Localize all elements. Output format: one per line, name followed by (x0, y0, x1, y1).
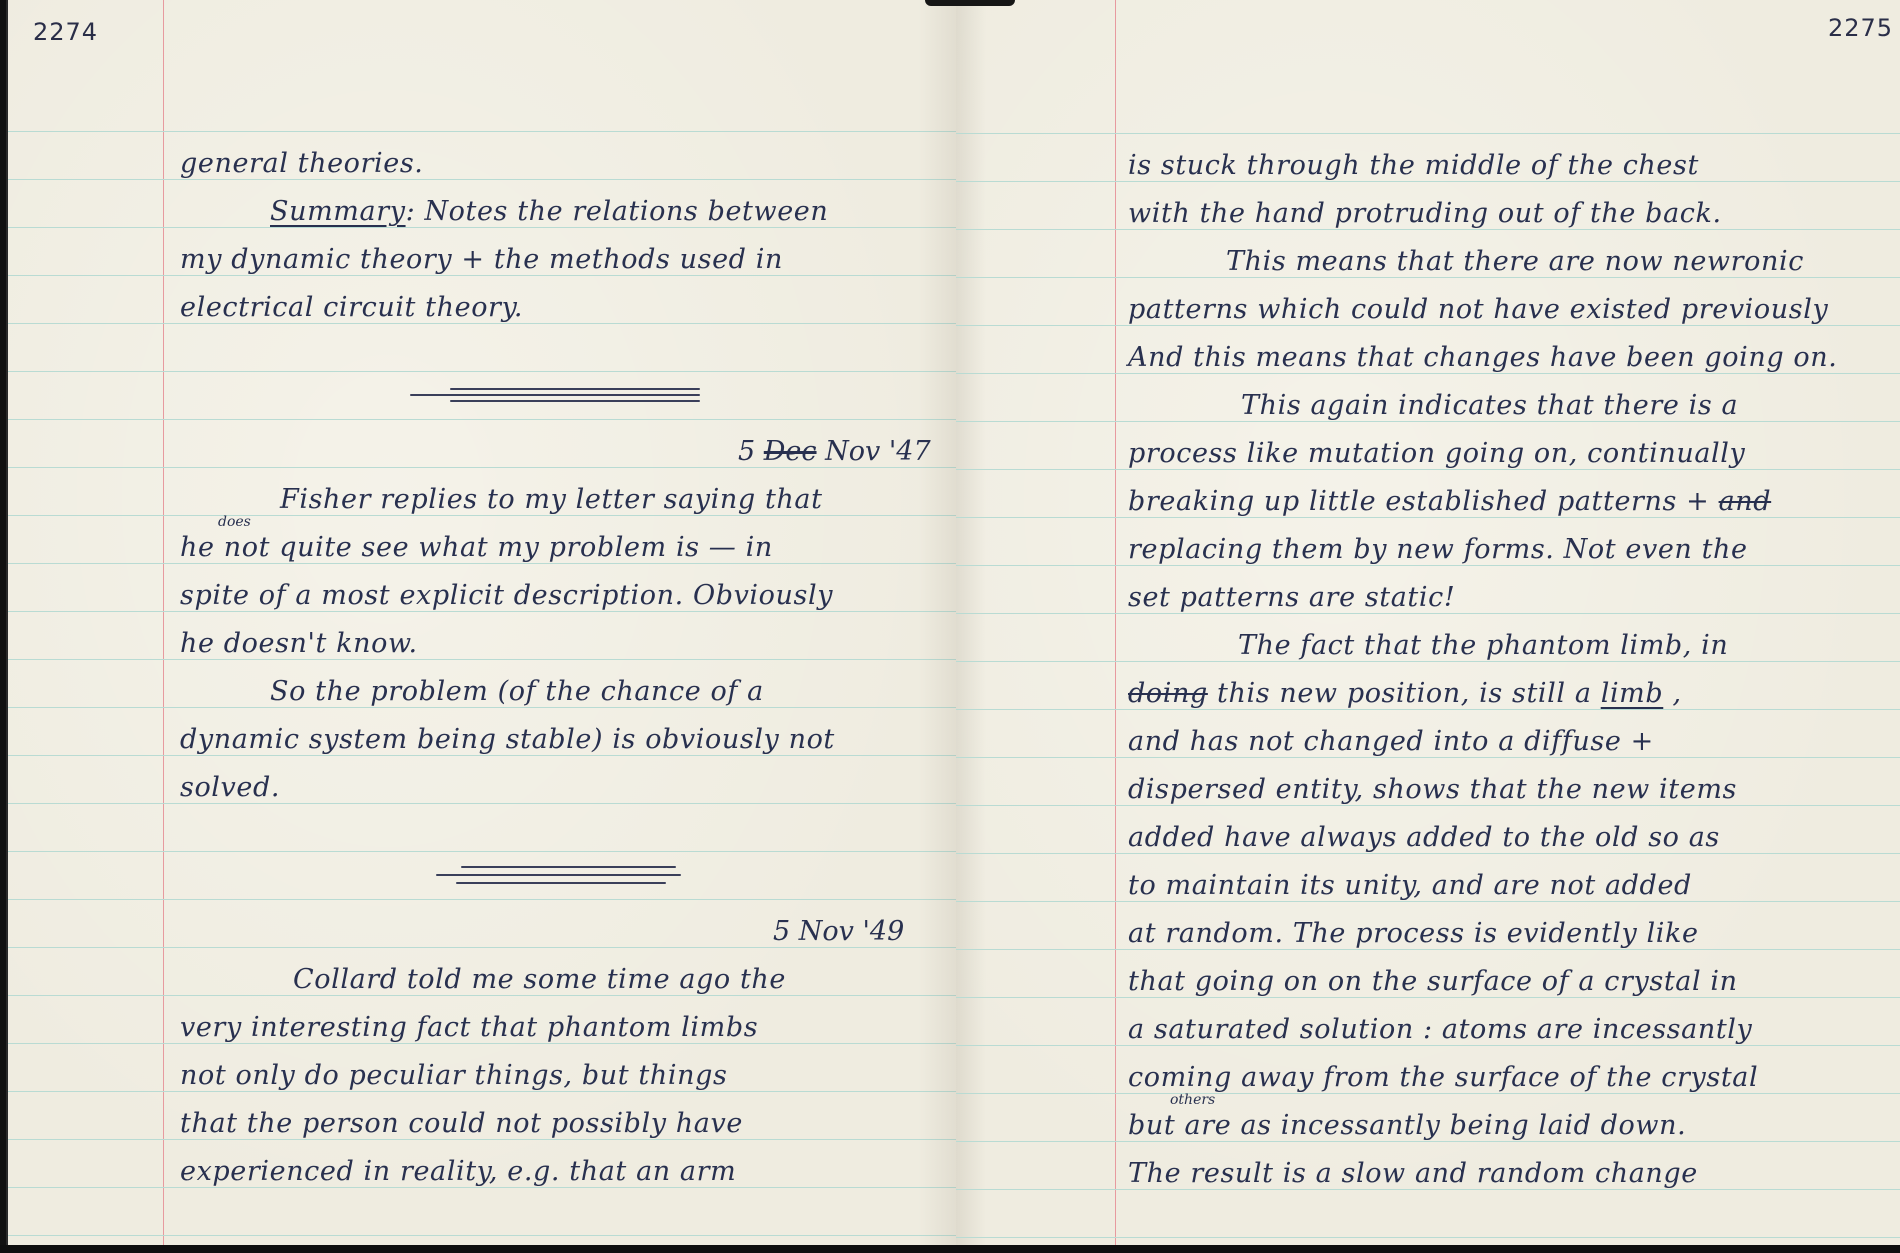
text-line: And this means that changes have been go… (1128, 342, 1837, 373)
ruled-line (8, 563, 958, 564)
left-margin-line (163, 0, 164, 1245)
ruled-line (956, 997, 1900, 998)
text-line: that the person could not possibly have (180, 1108, 743, 1139)
ruled-line (956, 1045, 1900, 1046)
ruled-line (8, 227, 958, 228)
ruled-line (956, 517, 1900, 518)
text-line: that going on on the surface of a crysta… (1128, 966, 1738, 997)
bottom-edge (0, 1245, 1900, 1253)
text-line: replacing them by new forms. Not even th… (1128, 534, 1748, 565)
struck-text: and (1719, 486, 1772, 517)
text-line: he doesn't know. (180, 628, 418, 659)
struck-text: Dec (764, 436, 817, 467)
text-line: not only do peculiar things, but things (180, 1060, 727, 1091)
ruled-line (956, 1237, 1900, 1238)
ruled-line (8, 611, 958, 612)
ruled-line (956, 133, 1900, 134)
ruled-line (8, 1139, 958, 1140)
ruled-line (956, 949, 1900, 950)
ruled-line (956, 373, 1900, 374)
ruled-line (8, 1187, 958, 1188)
ruled-line (8, 1043, 958, 1044)
left-margin-line (1115, 0, 1116, 1245)
text-line: process like mutation going on, continua… (1128, 438, 1745, 469)
text-line: breaking up little established patterns … (1128, 486, 1771, 517)
ruled-line (956, 757, 1900, 758)
text-line: experienced in reality, e.g. that an arm (180, 1156, 736, 1187)
ruled-line (956, 805, 1900, 806)
ruled-line (956, 1189, 1900, 1190)
entry-date: 5 Nov '49 (773, 916, 904, 947)
ruled-line (8, 179, 958, 180)
ruled-line (8, 323, 958, 324)
text-line: dynamic system being stable) is obviousl… (180, 724, 835, 755)
binding-shadow (925, 0, 1015, 6)
ruled-line (956, 661, 1900, 662)
text-line: to maintain its unity, and are not added (1128, 870, 1692, 901)
ruled-line (8, 755, 958, 756)
underlined-word: limb (1601, 678, 1664, 709)
ruled-line (8, 899, 958, 900)
ruled-line (8, 1091, 958, 1092)
left-page: 2274 general theories. Summary: Notes th… (6, 0, 958, 1245)
text-line: set patterns are static! (1128, 582, 1455, 613)
ruled-line (8, 1235, 958, 1236)
page-number: 2275 (1828, 14, 1893, 42)
ruled-line (8, 947, 958, 948)
text-line: spite of a most explicit description. Ob… (180, 580, 833, 611)
ruled-line (956, 325, 1900, 326)
summary-text: : Notes the relations between (406, 196, 829, 227)
text-line: general theories. (180, 148, 423, 179)
page-number: 2274 (33, 18, 98, 46)
text-line: added have always added to the old so as (1128, 822, 1720, 853)
ruled-line (8, 467, 958, 468)
entry-date: 5 Dec Nov '47 (738, 436, 931, 467)
text-line: is stuck through the middle of the chest (1128, 150, 1699, 181)
text-line: but are as incessantly being laid down. (1128, 1110, 1686, 1141)
ruled-line (956, 229, 1900, 230)
ruled-line (956, 1141, 1900, 1142)
text-line: a saturated solution : atoms are incessa… (1128, 1014, 1752, 1045)
ruled-line (8, 275, 958, 276)
text-line: This again indicates that there is a (1241, 390, 1738, 421)
ruled-line (8, 803, 958, 804)
ruled-line (8, 851, 958, 852)
text-line: with the hand protruding out of the back… (1128, 198, 1722, 229)
ruled-line (956, 901, 1900, 902)
ruled-line (956, 1093, 1900, 1094)
ruled-line (8, 371, 958, 372)
text-line: at random. The process is evidently like (1128, 918, 1699, 949)
insertion-text: does (218, 514, 251, 530)
ruled-line (8, 707, 958, 708)
ruled-line (956, 469, 1900, 470)
text-line: electrical circuit theory. (180, 292, 523, 323)
notebook-spread: 2274 general theories. Summary: Notes th… (0, 0, 1900, 1245)
ruled-line (8, 515, 958, 516)
ruled-line (956, 421, 1900, 422)
text-line: This means that there are now newronic (1226, 246, 1804, 277)
ruled-line (956, 565, 1900, 566)
text-line: So the problem (of the chance of a (270, 676, 764, 707)
text-line: very interesting fact that phantom limbs (180, 1012, 758, 1043)
insertion-text: others (1170, 1092, 1215, 1108)
text-line: doing this new position, is still a limb… (1128, 678, 1682, 709)
ruled-line (956, 181, 1900, 182)
text-line: dispersed entity, shows that the new ite… (1128, 774, 1737, 805)
text-line: Fisher replies to my letter saying that (280, 484, 823, 515)
ruled-line (8, 419, 958, 420)
ruled-line (956, 613, 1900, 614)
ruled-line (956, 853, 1900, 854)
ruled-line (956, 709, 1900, 710)
text-line: coming away from the surface of the crys… (1128, 1062, 1758, 1093)
text-line: solved. (180, 772, 280, 803)
summary-line: Summary: Notes the relations between (270, 196, 828, 227)
text-line: and has not changed into a diffuse + (1128, 726, 1654, 757)
text-line: The fact that the phantom limb, in (1238, 630, 1728, 661)
ruled-line (956, 277, 1900, 278)
ruled-line (8, 995, 958, 996)
text-line: The result is a slow and random change (1128, 1158, 1698, 1189)
text-line: patterns which could not have existed pr… (1128, 294, 1828, 325)
right-page: 2275 is stuck through the middle of the … (956, 0, 1900, 1245)
text-line: he not quite see what my problem is — in (180, 532, 773, 563)
text-line: my dynamic theory + the methods used in (180, 244, 783, 275)
ruled-line (8, 659, 958, 660)
text-line: Collard told me some time ago the (293, 964, 786, 995)
struck-text: doing (1128, 678, 1208, 709)
ruled-line (8, 131, 958, 132)
summary-heading: Summary (270, 196, 406, 227)
